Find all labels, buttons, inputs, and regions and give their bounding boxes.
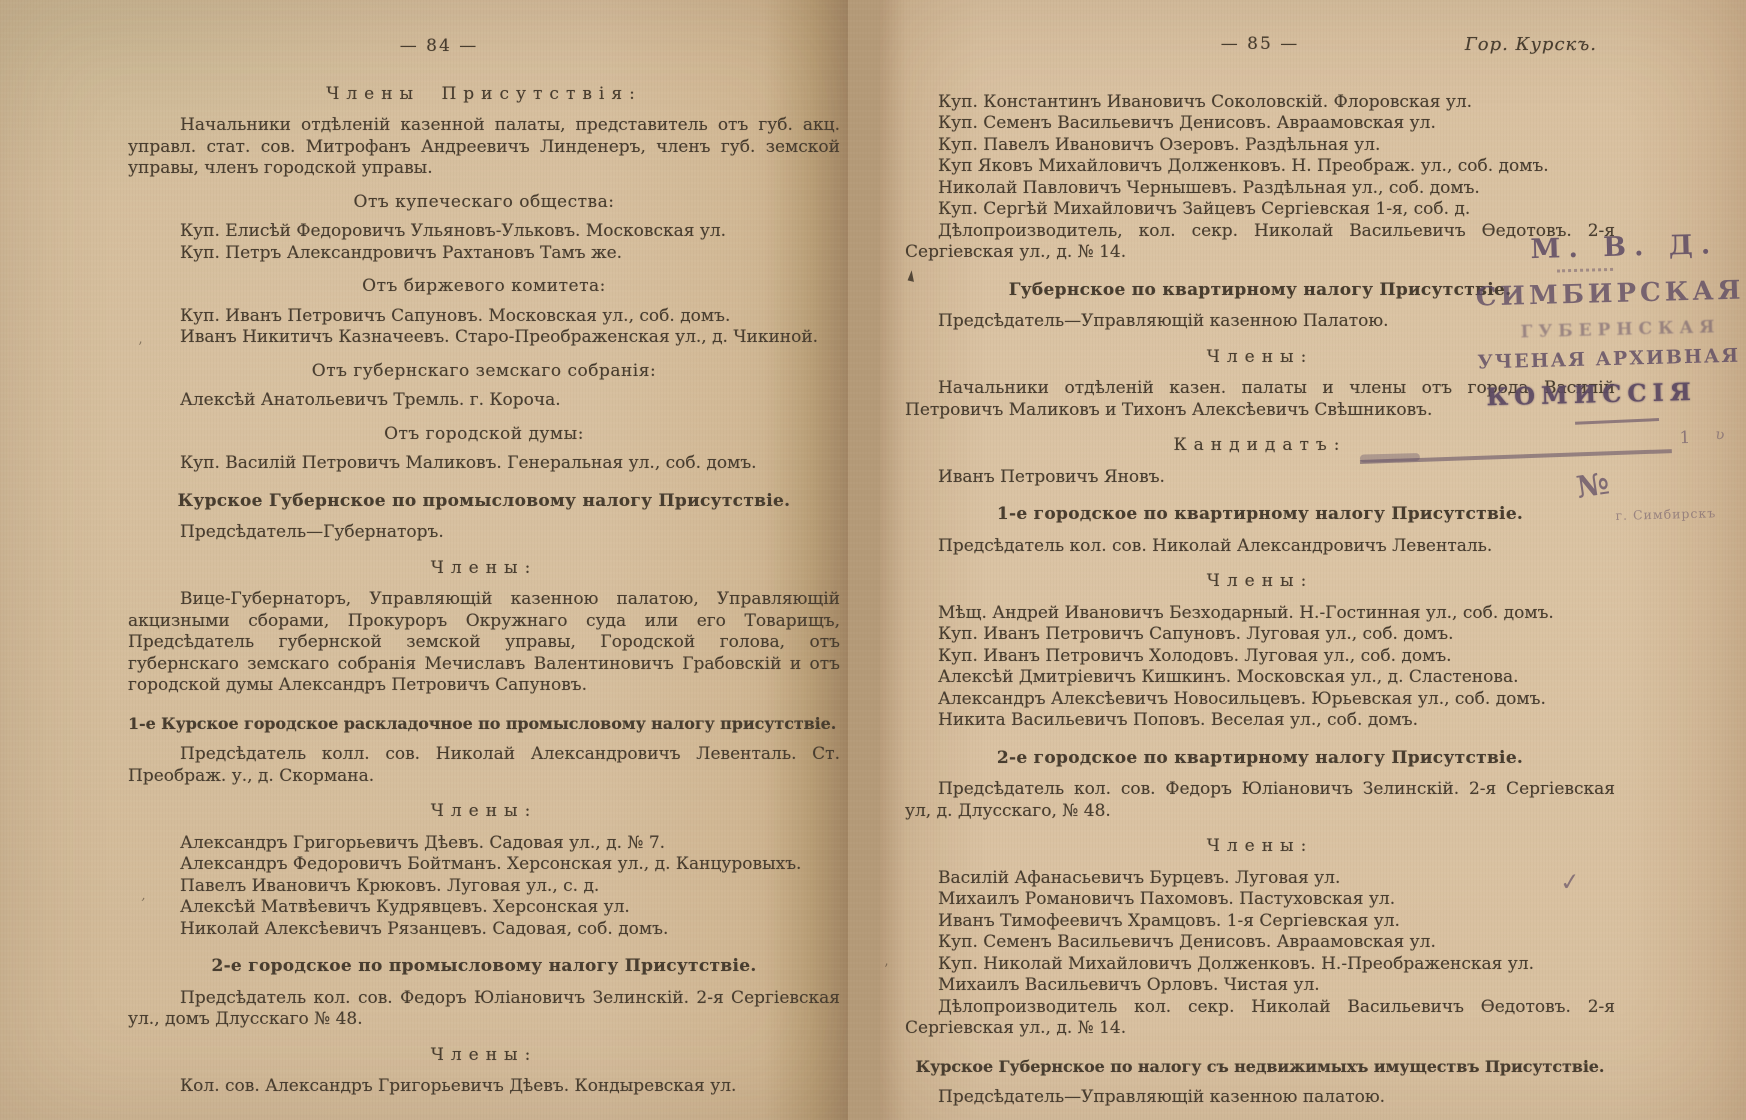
- directory-line: Александръ Григорьевичъ Дѣевъ. Садовая у…: [128, 833, 840, 855]
- heading-trade-tax-presence: Курское Губернское по промысловому налог…: [128, 491, 840, 513]
- heading-real-estate-tax-presence: Курское Губернское по налогу съ недвижим…: [905, 1056, 1615, 1078]
- chairman-line: Предсѣдатель—Губернаторъ.: [128, 522, 840, 544]
- directory-line: Куп. Иванъ Петровичъ Холодовъ. Луговая у…: [905, 646, 1615, 668]
- section-heading-members-of-presence: Члены Присутствія:: [128, 84, 840, 106]
- directory-line: Александръ Федоровичъ Бойтманъ. Херсонск…: [128, 854, 840, 876]
- directory-line: Куп. Константинъ Ивановичъ Соколовскій. …: [905, 92, 1615, 114]
- heading-2nd-city-trade-tax-presence: 2-е городское по промысловому налогу При…: [128, 956, 840, 978]
- directory-line: Алексѣй Анатольевичъ Тремль. г. Короча.: [128, 390, 840, 412]
- chairman-line: Предсѣдатель—Управляющій казенною Палато…: [905, 311, 1615, 333]
- heading-2nd-city-apartment-tax-presence: 2-е городское по квартирному налогу Прис…: [905, 748, 1615, 770]
- directory-line: Куп. Павелъ Ивановичъ Озеровъ. Раздѣльна…: [905, 135, 1615, 157]
- heading-1st-city-apartment-tax-presence: 1-е городское по квартирному налогу Прис…: [905, 504, 1615, 526]
- chairman-line: Предсѣдатель кол. сов. Николай Александр…: [905, 536, 1615, 558]
- heading-members: Члены:: [128, 801, 840, 823]
- directory-line: Куп. Николай Михайловичъ Долженковъ. Н.-…: [905, 954, 1615, 976]
- directory-line: Николай Алексѣевичъ Рязанцевъ. Садовая, …: [128, 919, 840, 941]
- chairman-line: Предсѣдатель—Управляющій казенною палато…: [905, 1087, 1615, 1109]
- section-heading-exchange-committee: Отъ биржевого комитета:: [128, 276, 840, 298]
- directory-line: Иванъ Петровичъ Яновъ.: [905, 467, 1615, 489]
- heading-members: Члены:: [128, 558, 840, 580]
- directory-line: Иванъ Тимофеевичъ Храмцовъ. 1-я Сергіевс…: [905, 911, 1615, 933]
- chairman-line: Предсѣдатель колл. сов. Николай Александ…: [128, 744, 840, 787]
- directory-line: Куп. Семенъ Васильевичъ Денисовъ. Авраам…: [905, 113, 1615, 135]
- heading-members: Члены:: [905, 347, 1615, 369]
- directory-line: Алексѣй Матвѣевичъ Кудрявцевъ. Херсонска…: [128, 897, 840, 919]
- directory-line: Куп Яковъ Михайловичъ Долженковъ. Н. Пре…: [905, 156, 1615, 178]
- directory-line: Никита Васильевичъ Поповъ. Веселая ул., …: [905, 710, 1615, 732]
- directory-line: Куп. Иванъ Петровичъ Сапуновъ. Луговая у…: [905, 624, 1615, 646]
- book-binding-gutter: [848, 0, 880, 1120]
- paragraph: Вице-Губернаторъ, Управляющій казенною п…: [128, 589, 840, 697]
- directory-line: Мѣщ. Андрей Ивановичъ Безходарный. Н.-Го…: [905, 603, 1615, 625]
- directory-line: Алексѣй Дмитріевичъ Кишкинъ. Московская …: [905, 667, 1615, 689]
- page-85-text-column: — 85 — Гор. Курскъ. Куп. Константинъ Ива…: [905, 34, 1615, 1109]
- section-heading-zemstvo-assembly: Отъ губернскаго земскаго собранія:: [128, 361, 840, 383]
- section-heading-merchant-society: Отъ купеческаго общества:: [128, 192, 840, 214]
- section-heading-city-duma: Отъ городской думы:: [128, 424, 840, 446]
- directory-line: Куп. Сергѣй Михайловичъ Зайцевъ Сергіевс…: [905, 199, 1615, 221]
- directory-line: Иванъ Никитичъ Казначеевъ. Старо-Преобра…: [128, 327, 840, 349]
- directory-line: Куп. Петръ Александровичъ Рахтановъ Тамъ…: [128, 243, 840, 265]
- heading-candidate: Кандидатъ:: [905, 435, 1615, 457]
- directory-line: Павелъ Ивановичъ Крюковъ. Луговая ул., с…: [128, 876, 840, 898]
- directory-line: Василій Афанасьевичъ Бурцевъ. Луговая ул…: [905, 868, 1615, 890]
- page-number: — 84 —: [83, 36, 795, 58]
- page-84-text-column: — 84 — Члены Присутствія: Начальники отд…: [128, 36, 840, 1098]
- directory-line: Куп. Василій Петровичъ Маликовъ. Генерал…: [128, 453, 840, 475]
- directory-line: Кол. сов. Александръ Григорьевичъ Дѣевъ.…: [128, 1076, 840, 1098]
- chairman-line: Предсѣдатель кол. сов. Федоръ Юліановичъ…: [905, 779, 1615, 822]
- heading-apartment-tax-presence: Губернское по квартирному налогу Присутс…: [905, 280, 1615, 302]
- paragraph: Начальники отдѣленій казен. палаты и чле…: [905, 378, 1615, 421]
- paragraph: Начальники отдѣленій казенной палаты, пр…: [128, 115, 840, 180]
- directory-line: Куп. Семенъ Васильевичъ Денисовъ. Авраам…: [905, 932, 1615, 954]
- heading-1st-city-assessment-presence: 1-е Курское городское раскладочное по пр…: [128, 713, 840, 735]
- heading-members: Члены:: [905, 571, 1615, 593]
- heading-members: Члены:: [905, 836, 1615, 858]
- chairman-line: Предсѣдатель кол. сов. Федоръ Юліановичъ…: [128, 988, 840, 1031]
- heading-members: Члены:: [128, 1045, 840, 1067]
- directory-line: Николай Павловичъ Чернышевъ. Раздѣльная …: [905, 178, 1615, 200]
- directory-line: Михаилъ Васильевичъ Орловъ. Чистая ул.: [905, 975, 1615, 997]
- clerk-line: Дѣлопроизводитель, кол. секр. Николай Ва…: [905, 221, 1615, 264]
- directory-line: Александръ Алексѣевичъ Новосильцевъ. Юрь…: [905, 689, 1615, 711]
- directory-line: Куп. Иванъ Петровичъ Сапуновъ. Московска…: [128, 306, 840, 328]
- directory-line: Куп. Елисѣй Федоровичъ Ульяновъ-Ульковъ.…: [128, 221, 840, 243]
- clerk-line: Дѣлопроизводитель кол. секр. Николай Вас…: [905, 997, 1615, 1040]
- running-title: Гор. Курскъ.: [1465, 34, 1597, 56]
- directory-line: Михаилъ Романовичъ Пахомовъ. Пастуховска…: [905, 889, 1615, 911]
